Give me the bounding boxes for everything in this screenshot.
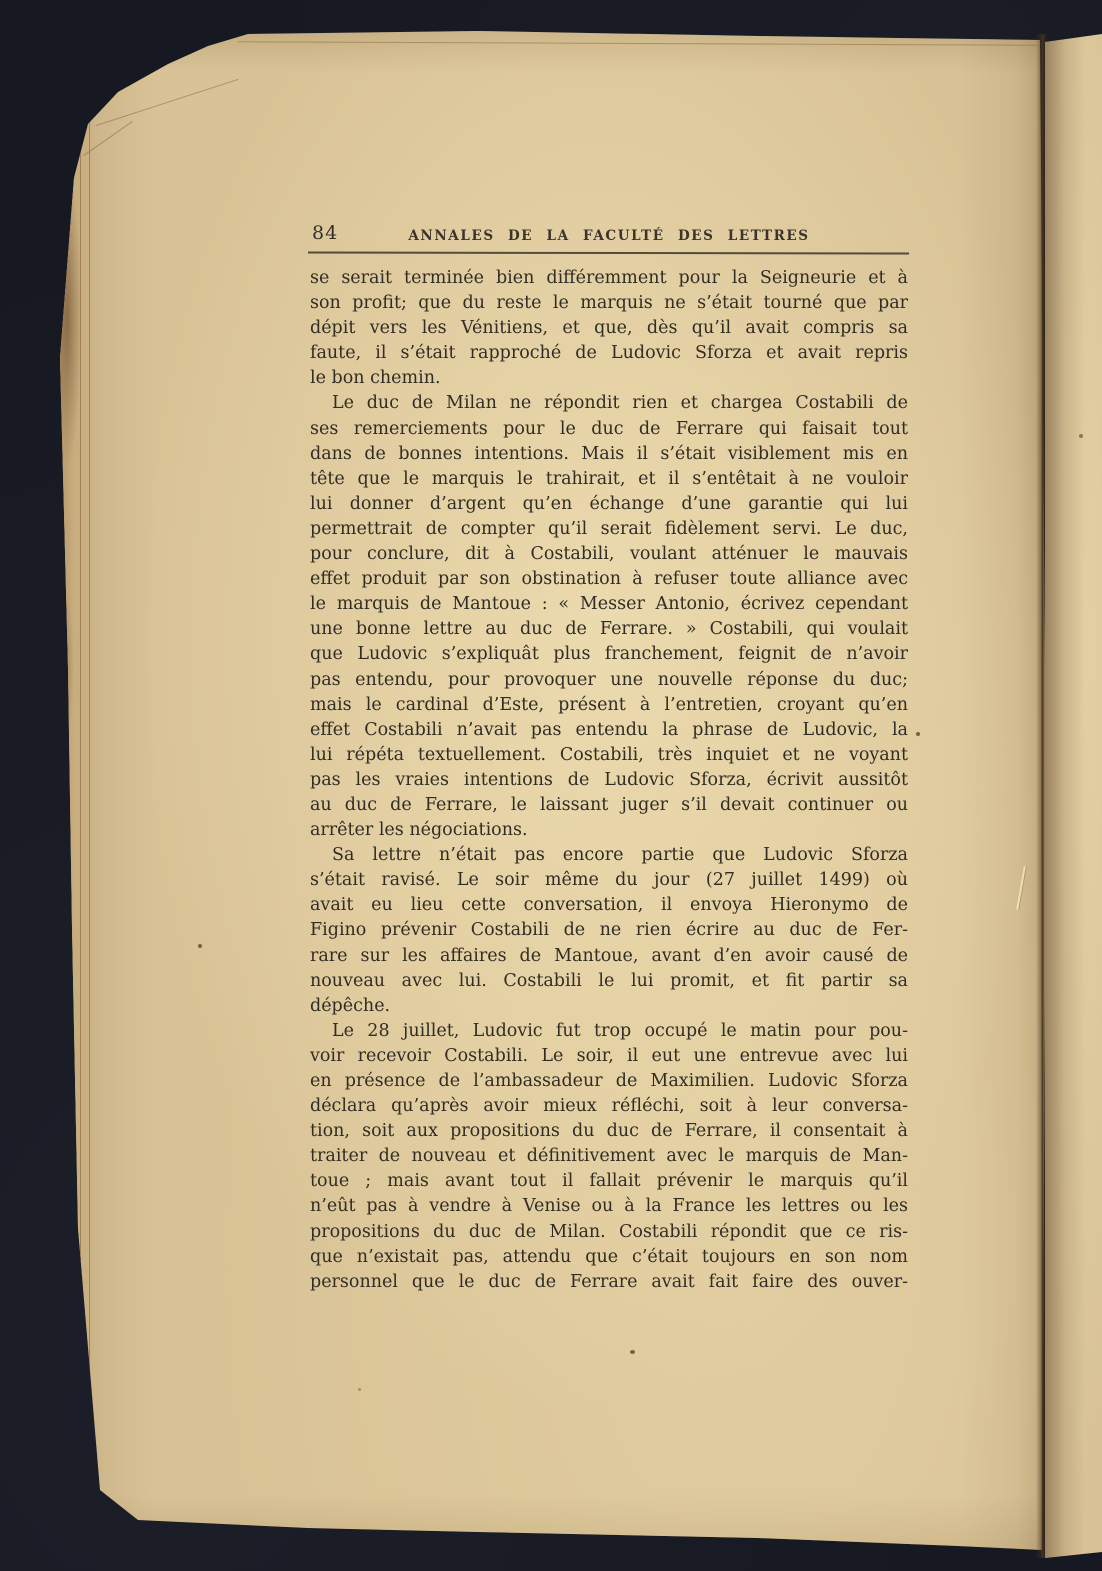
paper-speck (198, 944, 202, 948)
page-stack-edge (58, 28, 94, 1554)
text-line: dans de bonnes intentions. Mais il s’éta… (310, 442, 908, 467)
text-line: propositions du duc de Milan. Costabili … (310, 1220, 908, 1245)
text-line: pas les vraies intentions de Ludovic Sfo… (310, 768, 908, 793)
text-line: traiter de nouveau et définitivement ave… (310, 1144, 908, 1169)
text-line: lui donner d’argent qu’en échange d’une … (310, 492, 908, 517)
paragraph: se serait terminée bien différemment pou… (310, 266, 908, 391)
header-rule (308, 251, 909, 254)
paper-speck (630, 1350, 635, 1354)
book-page: 84 ANNALES DE LA FACULTÉ DES LETTRES se … (58, 28, 1046, 1554)
text-line: se serait terminée bien différemment pou… (310, 266, 908, 291)
text-line: que Ludovic s’expliquât plus franchement… (310, 642, 908, 667)
header-title: ANNALES DE LA FACULTÉ DES LETTRES (310, 228, 908, 244)
text-line: tête que le marquis le trahirait, et il … (310, 467, 908, 492)
text-line: Figino prévenir Costabili de ne rien écr… (310, 918, 908, 943)
text-line: une bonne lettre au duc de Ferrare. » Co… (310, 617, 908, 642)
paper-crack (1016, 866, 1026, 910)
paper-speck (1079, 434, 1083, 438)
text-line: mais le cardinal d’Este, présent à l’ent… (310, 693, 908, 718)
paragraph: Sa lettre n’était pas encore partie que … (310, 843, 908, 1019)
text-line: Le duc de Milan ne répondit rien et char… (310, 391, 908, 416)
text-line: déclara qu’après avoir mieux réfléchi, s… (310, 1094, 908, 1119)
text-line: le bon chemin. (310, 366, 908, 391)
paper-speck (916, 732, 920, 736)
paragraph: Le 28 juillet, Ludovic fut trop occupé l… (310, 1019, 908, 1295)
text-line: en présence de l’ambassadeur de Maximili… (310, 1069, 908, 1094)
text-line: tion, soit aux propositions du duc de Fe… (310, 1119, 908, 1144)
text-line: ses remerciements pour le duc de Ferrare… (310, 417, 908, 442)
text-line: lui répéta textuellement. Costabili, trè… (310, 743, 908, 768)
text-line: le marquis de Mantoue : « Messer Antonio… (310, 592, 908, 617)
scanned-book-photo: { "page": { "number": "84", "header_titl… (0, 0, 1102, 1571)
text-line: nouveau avec lui. Costabili le lui promi… (310, 969, 908, 994)
text-line: permettrait de compter qu’il serait fidè… (310, 517, 908, 542)
text-line: toue ; mais avant tout il fallait préven… (310, 1169, 908, 1194)
page-edge-line (80, 28, 81, 1554)
text-line: effet Costabili n’avait pas entendu la p… (310, 718, 908, 743)
paragraph: Le duc de Milan ne répondit rien et char… (310, 391, 908, 843)
page-edge-line (89, 28, 90, 1554)
underlying-page-edge (238, 41, 1038, 45)
text-line: Le 28 juillet, Ludovic fut trop occupé l… (310, 1019, 908, 1044)
text-line: Sa lettre n’était pas encore partie que … (310, 843, 908, 868)
binding-stain (50, 1318, 84, 1508)
text-line: dépêche. (310, 994, 908, 1019)
text-line: s’était ravisé. Le soir même du jour (27… (310, 868, 908, 893)
text-line: avait eu lieu cette conversation, il env… (310, 893, 908, 918)
text-line: effet produit par son obstination à refu… (310, 567, 908, 592)
worn-corner-edge (96, 79, 239, 126)
text-line: n’eût pas à vendre à Venise ou à la Fran… (310, 1194, 908, 1219)
text-line: son profit; que du reste le marquis ne s… (310, 291, 908, 316)
text-line: au duc de Ferrare, le laissant juger s’i… (310, 793, 908, 818)
paper-speck (358, 1388, 361, 1391)
text-line: personnel que le duc de Ferrare avait fa… (310, 1270, 908, 1295)
text-line: dépit vers les Vénitiens, et que, dès qu… (310, 316, 908, 341)
text-line: faute, il s’était rapproché de Ludovic S… (310, 341, 908, 366)
text-line: pour conclure, dit à Costabili, voulant … (310, 542, 908, 567)
text-line: voir recevoir Costabili. Le soir, il eut… (310, 1044, 908, 1069)
text-line: que n’existait pas, attendu que c’était … (310, 1245, 908, 1270)
text-line: arrêter les négociations. (310, 818, 908, 843)
text-line: rare sur les affaires de Mantoue, avant … (310, 944, 908, 969)
facing-page-edge (1045, 34, 1102, 1558)
text-column: se serait terminée bien différemment pou… (310, 266, 908, 1295)
text-line: pas entendu, pour provoquer une nouvelle… (310, 668, 908, 693)
